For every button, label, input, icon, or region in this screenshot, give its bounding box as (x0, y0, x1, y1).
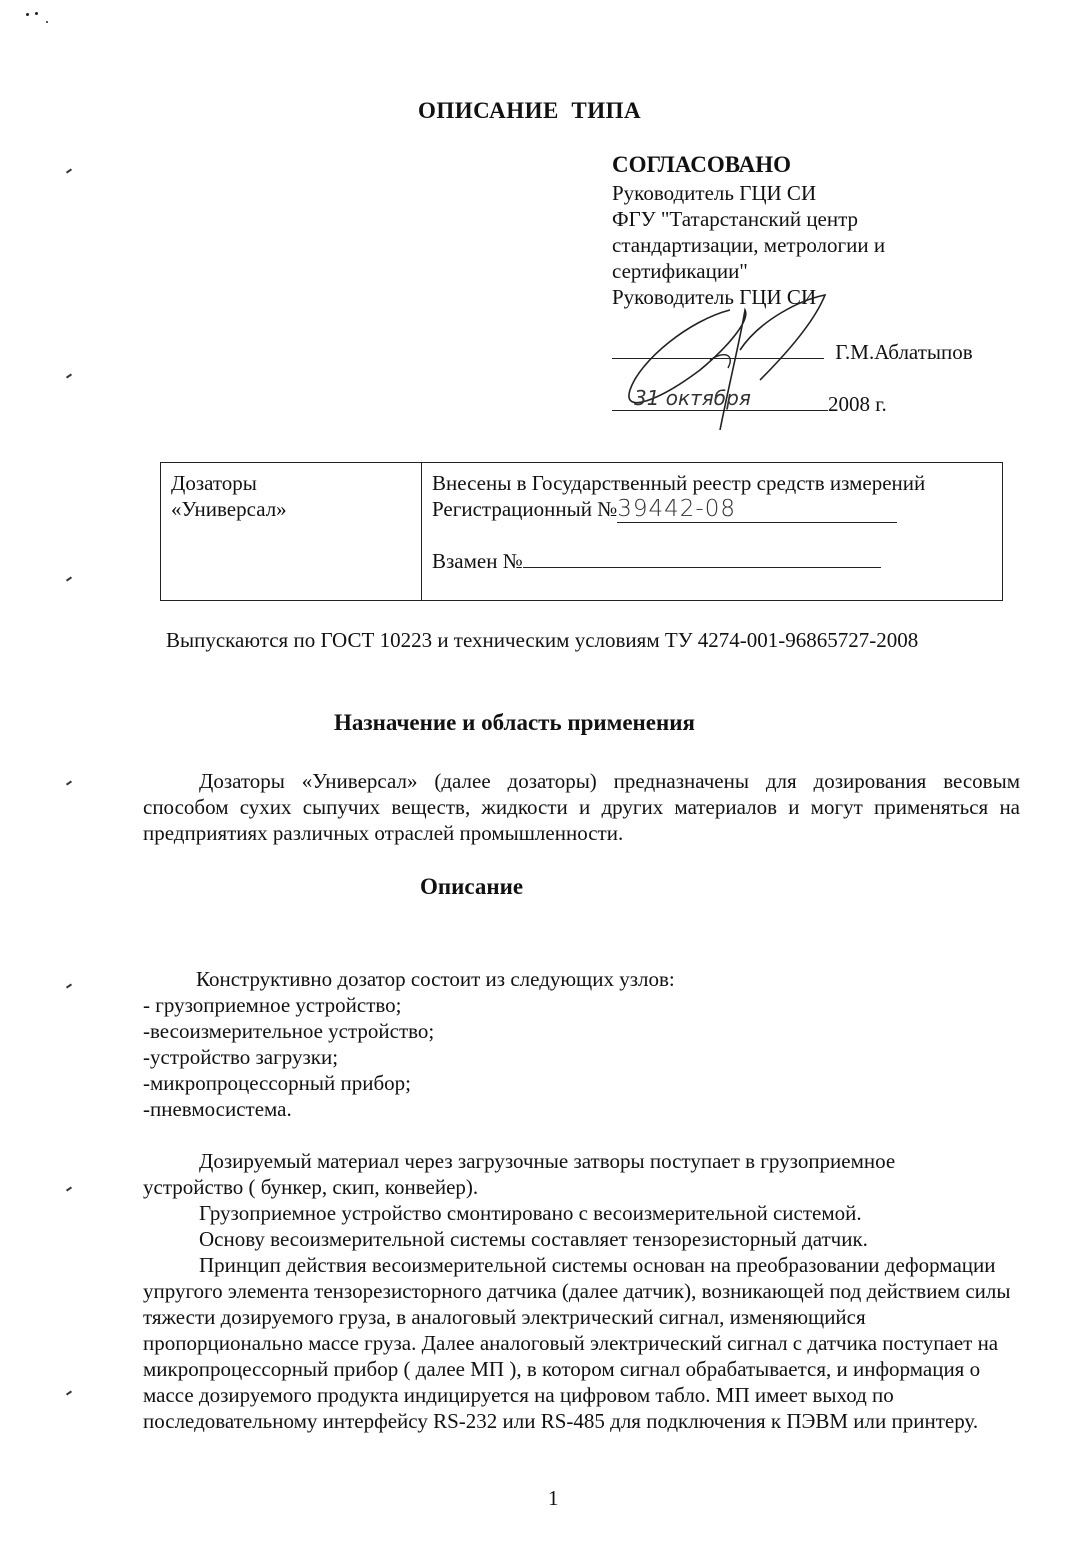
registry-table: Дозаторы «Универсал» Внесены в Государст… (160, 462, 1003, 601)
component-item: -микропроцессорный прибор; (143, 1070, 1023, 1096)
approval-line: Руководитель ГЦИ СИ (612, 180, 885, 206)
date-line: 31 октября (612, 410, 828, 411)
component-item: -пневмосистема. (143, 1096, 1023, 1122)
signatory-name: Г.М.Аблатыпов (835, 340, 972, 364)
description-paragraph: Грузоприемное устройство смонтировано с … (143, 1200, 1023, 1226)
date-year: 2008 г. (828, 392, 887, 416)
margin-mark (66, 983, 72, 988)
registration-number: 39442-08 (617, 496, 736, 522)
component-item: -весоизмерительное устройство; (143, 1018, 1023, 1044)
registry-line: Внесены в Государственный реестр средств… (432, 470, 992, 496)
component-item: - грузоприемное устройство; (143, 992, 1023, 1018)
page-number: 1 (548, 1486, 559, 1511)
replaces-label: Взамен № (432, 549, 523, 573)
margin-mark (66, 168, 72, 173)
device-name-line: «Универсал» (171, 496, 411, 522)
scan-speck (26, 13, 29, 16)
description-paragraph: Дозируемый материал через загрузочные за… (143, 1148, 973, 1200)
approval-line: ФГУ "Татарстанский центр (612, 206, 885, 232)
registry-info-cell: Внесены в Государственный реестр средств… (422, 463, 1002, 600)
component-item: -устройство загрузки; (143, 1044, 1023, 1070)
document-title: ОПИСАНИЕ ТИПА (418, 98, 641, 124)
device-name-cell: Дозаторы «Универсал» (161, 463, 422, 600)
purpose-paragraph: Дозаторы «Универсал» (далее дозаторы) пр… (143, 768, 1020, 846)
margin-mark (66, 1390, 72, 1395)
approval-line: стандартизации, метрологии и (612, 232, 885, 258)
signature-line (612, 358, 824, 359)
handwritten-date: 31 октября (634, 386, 751, 410)
description-block: Конструктивно дозатор состоит из следующ… (143, 966, 1023, 1434)
date-row: 31 октября 2008 г. (612, 392, 887, 417)
description-paragraph: Основу весоизмерительной системы составл… (143, 1226, 1023, 1252)
section-heading-purpose: Назначение и область применения (334, 710, 695, 736)
scan-speck (35, 12, 38, 15)
margin-mark (66, 576, 72, 581)
registration-row: Регистрационный №39442-08 (432, 496, 992, 523)
device-name-line: Дозаторы (171, 470, 411, 496)
replaces-field (523, 547, 881, 568)
components-intro: Конструктивно дозатор состоит из следующ… (143, 966, 1023, 992)
approval-heading: СОГЛАСОВАНО (612, 150, 885, 180)
registration-label: Регистрационный № (432, 497, 617, 521)
margin-mark (66, 780, 72, 785)
signature-row: Г.М.Аблатыпов (612, 340, 973, 365)
replaces-row: Взамен № (432, 547, 992, 574)
description-paragraph: Принцип действия весоизмерительной систе… (143, 1252, 1023, 1434)
scan-speck (46, 21, 48, 23)
margin-mark (66, 1186, 72, 1191)
signature-icon (600, 280, 860, 450)
margin-mark (66, 373, 72, 378)
registration-number-field: 39442-08 (617, 496, 897, 523)
released-by-line: Выпускаются по ГОСТ 10223 и техническим … (166, 628, 918, 653)
section-heading-description: Описание (420, 874, 523, 900)
